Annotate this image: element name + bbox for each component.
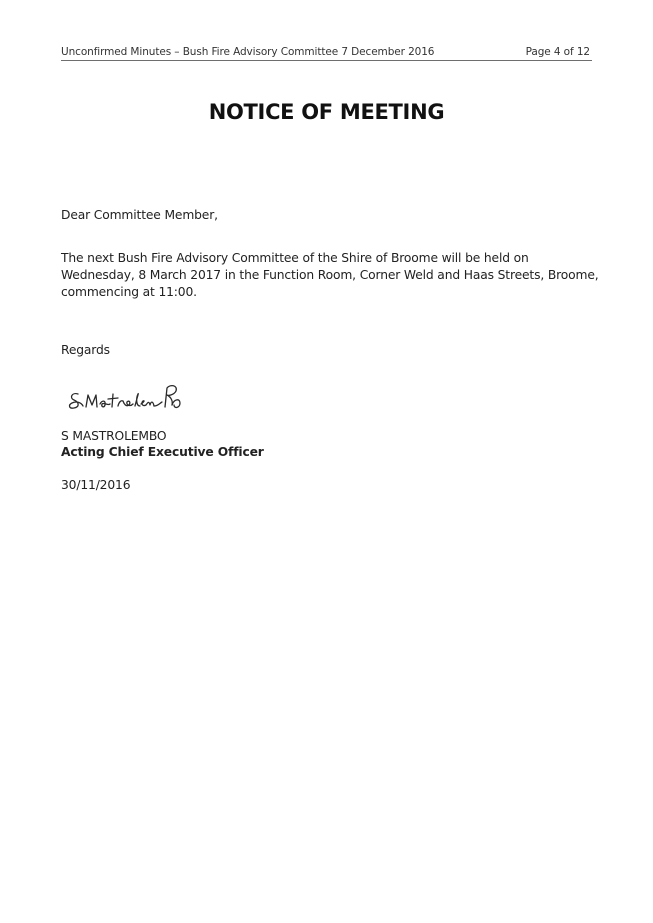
signature-icon	[66, 380, 196, 414]
document-title: Unconfirmed Minutes – Bush Fire Advisory…	[61, 45, 434, 59]
closing: Regards	[61, 342, 110, 359]
signer-title: Acting Chief Executive Officer	[61, 444, 264, 461]
salutation: Dear Committee Member,	[61, 207, 218, 224]
signer-name: S MASTROLEMBO	[61, 428, 166, 445]
signature-date: 30/11/2016	[61, 477, 130, 494]
page-number: Page 4 of 12	[526, 45, 590, 59]
meeting-notice-paragraph: The next Bush Fire Advisory Committee of…	[61, 250, 601, 301]
page-header: Unconfirmed Minutes – Bush Fire Advisory…	[61, 45, 592, 61]
notice-title: NOTICE OF MEETING	[0, 100, 653, 124]
